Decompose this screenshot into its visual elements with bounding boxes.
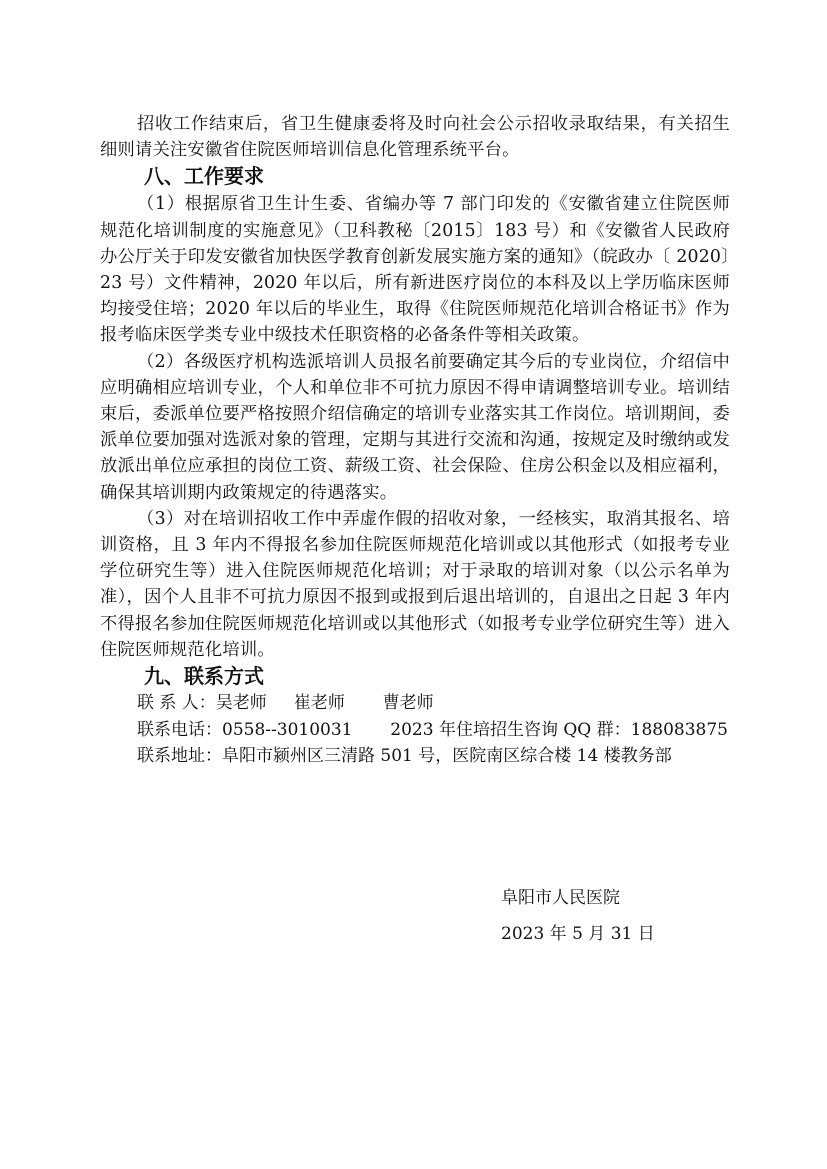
section-8-paragraph-2: （2）各级医疗机构选派培训人员报名前要确定其今后的专业岗位，介绍信中应明确相应培… (100, 349, 730, 506)
section-9-heading: 九、联系方式 (100, 663, 730, 690)
signature-organization: 阜阳市人民医院 (501, 883, 620, 908)
document-body: 招收工作结束后，省卫生健康委将及时向社会公示招收录取结果，有关招生细则请关注安徽… (100, 111, 730, 770)
signature-date: 2023 年 5 月 31 日 (501, 919, 655, 944)
section-8-paragraph-1: （1）根据原省卫生计生委、省编办等 7 部门印发的《安徽省建立住院医师规范化培训… (100, 191, 730, 348)
contact-persons: 联 系 人：吴老师 崔老师 曹老师 (100, 690, 730, 717)
section-8-paragraph-3: （3）对在培训招收工作中弄虚作假的招收对象，一经核实，取消其报名、培训资格，且 … (100, 506, 730, 663)
contact-address: 联系地址：阜阳市颍州区三清路 501 号，医院南区综合楼 14 楼教务部 (100, 743, 730, 770)
section-8-heading: 八、工作要求 (100, 163, 730, 190)
intro-paragraph: 招收工作结束后，省卫生健康委将及时向社会公示招收录取结果，有关招生细则请关注安徽… (100, 111, 730, 163)
contact-phone: 联系电话：0558--3010031 2023 年住培招生咨询 QQ 群：188… (100, 717, 730, 744)
